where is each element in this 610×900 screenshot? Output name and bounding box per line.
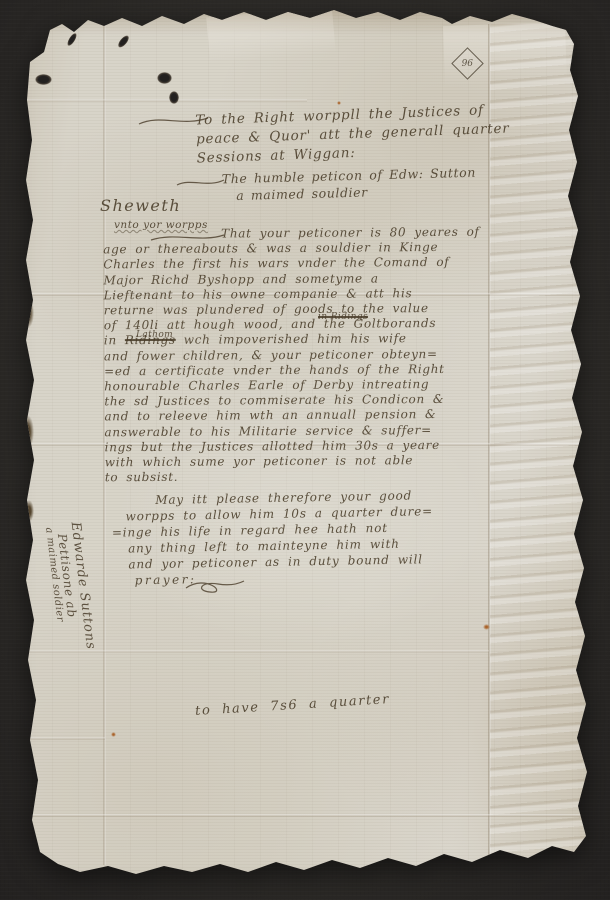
horizontal-fold-left-strip xyxy=(27,737,105,740)
edge-blot-3 xyxy=(24,500,34,522)
body-line: Charles the first his wars vnder the Com… xyxy=(103,255,480,273)
flourish-subheading xyxy=(176,176,226,190)
worm-hole-1 xyxy=(35,74,52,85)
edge-blot-1 xyxy=(22,298,34,328)
petition-subheading: The humble peticon of Edw: Sutton a maim… xyxy=(222,165,477,205)
body-line: ings but the Justices allotted him 30s a… xyxy=(105,438,482,456)
worm-hole-3 xyxy=(169,91,179,104)
archive-stamp-glyph: 96 xyxy=(462,58,473,68)
body-line: That your peticoner is 80 yeares of xyxy=(221,225,480,242)
horizontal-fold-1 xyxy=(27,99,307,102)
rust-stain-1 xyxy=(483,624,490,630)
paper-wrapper: 96 To the Right worppll the Justices of … xyxy=(0,0,610,900)
endorsement-vertical: Edwarde Suttons Pettisone ab a maimed so… xyxy=(43,521,103,695)
manuscript-paper: 96 To the Right worppll the Justices of … xyxy=(0,0,610,900)
petition-heading: To the Right worppll the Justices of pea… xyxy=(195,101,510,169)
clerk-decision-note: to have 7s6 a quarter xyxy=(195,692,391,719)
edge-blot-2 xyxy=(21,415,34,449)
worm-hole-2 xyxy=(157,72,172,84)
body-line-rest: wch impoverished him his wife xyxy=(176,332,407,348)
interlinear-insert-lathom: Lathom xyxy=(136,330,173,340)
salutation-sheweth: Sheweth xyxy=(100,196,181,215)
rust-stain-3 xyxy=(337,101,341,105)
archive-stamp: 96 xyxy=(451,47,484,80)
petition-body: That your peticoner is 80 yeares of age … xyxy=(103,225,481,486)
rust-stain-2 xyxy=(111,732,116,737)
top-fold-flap xyxy=(206,7,336,64)
interlinear-insert-ridings: in Ridings xyxy=(318,312,368,322)
body-line-prefix: in xyxy=(104,334,125,348)
paper-slit-1 xyxy=(65,32,78,48)
horizontal-fold-5 xyxy=(27,814,585,817)
petition-closing: May itt please therefore your good worpp… xyxy=(103,487,434,589)
body-line: to subsist. xyxy=(105,468,482,486)
paper-slit-2 xyxy=(116,34,131,50)
